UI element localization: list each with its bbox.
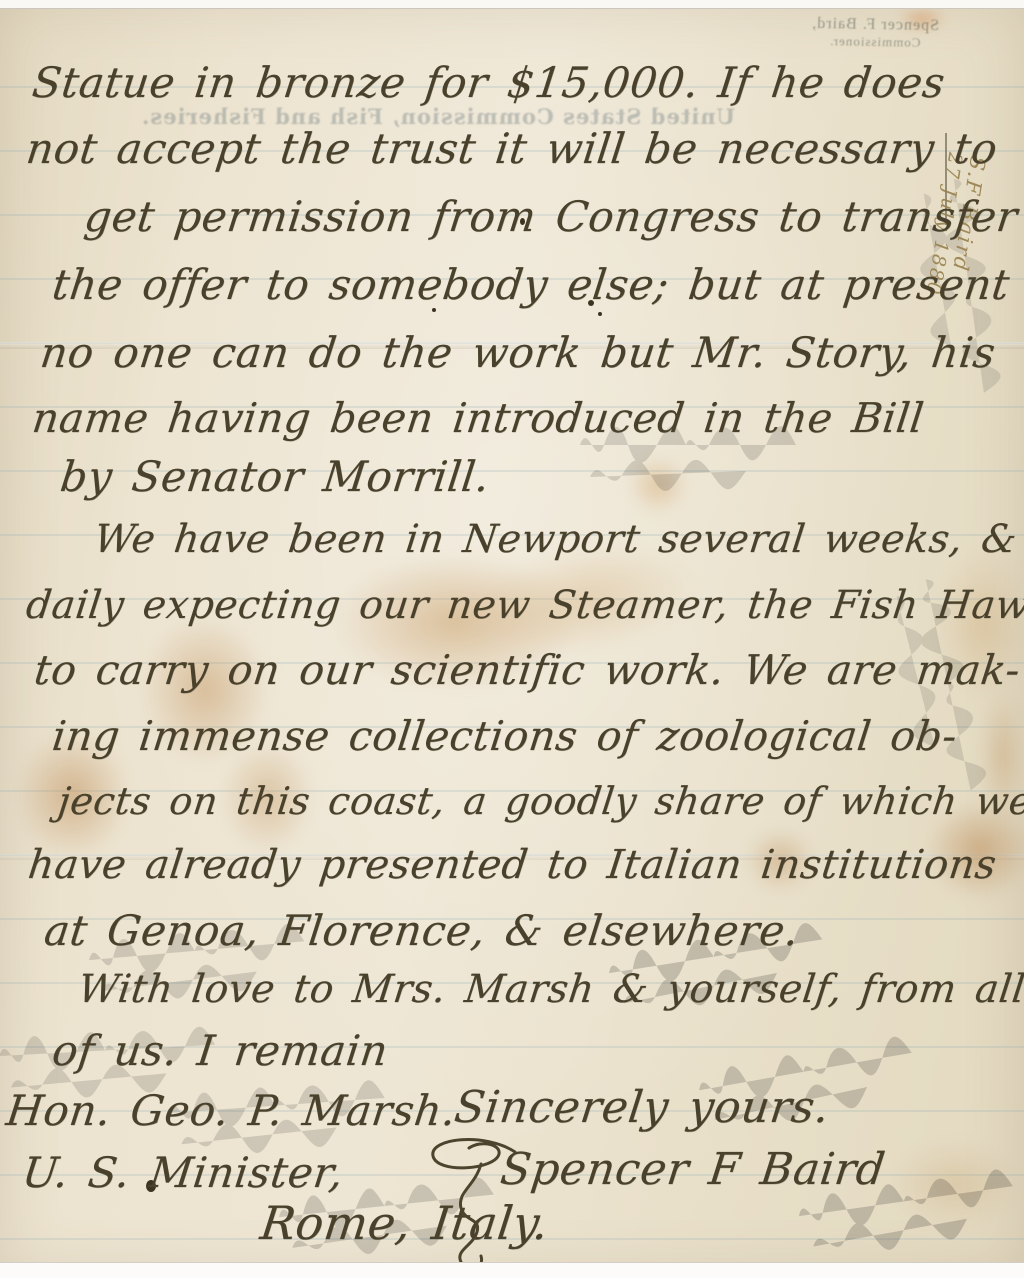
body-line: of us. I remain <box>50 1030 390 1072</box>
body-line: not accept the trust it will be necessar… <box>24 128 1000 170</box>
body-line: Statue in bronze for $15,000. If he does <box>30 62 947 104</box>
body-line: by Senator Morrill. <box>58 456 492 498</box>
body-line: We have been in Newport several weeks, &… <box>92 520 1024 559</box>
body-line: at Genoa, Florence, & elsewhere. <box>42 910 801 952</box>
signature: Spencer F Baird <box>498 1148 888 1192</box>
scan-edge-bottom <box>0 1262 1024 1278</box>
stain <box>890 1140 1020 1230</box>
body-line: get permission from Congress to transfer <box>82 196 1020 238</box>
body-line: ing immense collections of zoological ob… <box>50 716 959 757</box>
stain <box>628 455 688 515</box>
body-line: name having been introduced in the Bill <box>30 398 926 439</box>
scan-edge-top <box>0 0 1024 9</box>
body-line: to carry on our scientific work. We are … <box>32 650 1023 691</box>
letter-page: Spencer F. Baird, Commissioner. United S… <box>0 0 1024 1278</box>
recipient-place: Rome, Italy. <box>258 1200 551 1246</box>
bleedthrough-stamp: Spencer F. Baird, Commissioner. <box>770 14 981 52</box>
recipient-name: Hon. Geo. P. Marsh. <box>4 1090 459 1132</box>
body-line: have already presented to Italian instit… <box>26 845 999 885</box>
body-line: no one can do the work but Mr. Story, hi… <box>38 332 998 374</box>
valediction: Sincerely yours. <box>452 1086 832 1130</box>
bleedthrough-stamp-title: Commissioner. <box>770 32 980 52</box>
ink-speck <box>598 312 602 316</box>
body-line: the offer to somebody else; but at prese… <box>50 264 1012 306</box>
body-line: daily expecting our new Steamer, the Fis… <box>24 586 1024 625</box>
body-line: jects on this coast, a goodly share of w… <box>56 782 1024 820</box>
recipient-title: U. S. Minister, <box>20 1152 346 1194</box>
body-line: With love to Mrs. Marsh & yourself, from… <box>76 970 1024 1009</box>
